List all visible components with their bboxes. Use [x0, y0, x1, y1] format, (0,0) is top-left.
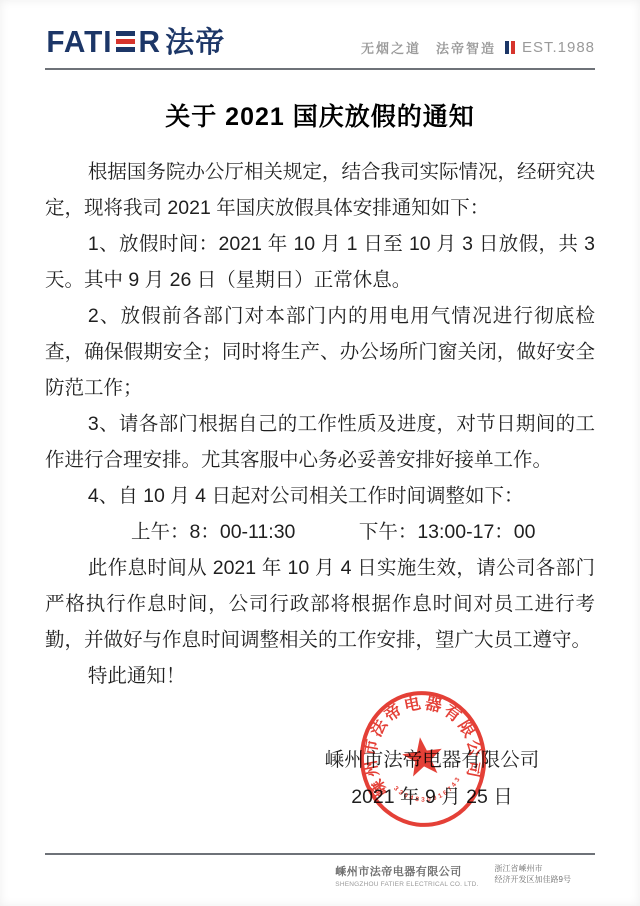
paragraph-item-3: 3、请各部门根据自己的工作性质及进度，对节日期间的工作进行合理安排。尤其客服中心…	[45, 406, 595, 478]
logo-chinese-name: 法帝	[165, 20, 225, 61]
paragraph-intro: 根据国务院办公厅相关规定，结合我司实际情况，经研究决定，现将我司 2021 年国…	[45, 154, 595, 226]
seal-graphic: 嵊州市法帝电器有限公司 3304830016743	[349, 680, 497, 839]
closing-line: 特此通知！	[45, 658, 595, 694]
seal-serial-number: 3304830016743	[391, 776, 464, 809]
letterhead: FATI R 法帝 无烟之道 法帝智造 EST.1988	[45, 20, 595, 61]
seal-star-icon	[400, 734, 445, 777]
paragraph-item-4: 4、自 10 月 4 日起对公司相关工作时间调整如下：	[45, 478, 595, 514]
logo-latin-part1: FATI	[46, 24, 112, 60]
notice-page: FATI R 法帝 无烟之道 法帝智造 EST.1988 关于 2021 国庆放…	[0, 0, 640, 906]
footer-address-line2: 经济开发区加佳路9号	[495, 874, 571, 885]
page-footer: 嵊州市法帝电器有限公司 SHENGZHOU FATIER ELECTRICAL …	[45, 853, 595, 906]
schedule-morning: 上午：8：00-11:30	[131, 521, 295, 543]
logo-letter-e-icon	[116, 31, 135, 52]
work-schedule: 上午：8：00-11:30 下午：13:00-17：00	[45, 514, 595, 550]
company-seal: 嵊州市法帝电器有限公司 3304830016743	[349, 680, 497, 839]
footer-company: 嵊州市法帝电器有限公司 SHENGZHOU FATIER ELECTRICAL …	[335, 863, 478, 888]
flag-icon	[505, 41, 515, 54]
footer-company-en: SHENGZHOU FATIER ELECTRICAL CO. LTD.	[335, 881, 478, 888]
footer-content: 嵊州市法帝电器有限公司 SHENGZHOU FATIER ELECTRICAL …	[45, 863, 595, 888]
footer-address: 浙江省嵊州市 经济开发区加佳路9号	[495, 863, 571, 885]
paragraph-item-1: 1、放假时间：2021 年 10 月 1 日至 10 月 3 日放假，共 3 天…	[45, 226, 595, 298]
notice-title: 关于 2021 国庆放假的通知	[0, 97, 640, 133]
schedule-afternoon: 下午：13:00-17：00	[359, 521, 536, 543]
established-year: EST.1988	[522, 39, 595, 56]
logo-latin-part2: R	[138, 24, 160, 60]
footer-address-line1: 浙江省嵊州市	[495, 863, 571, 874]
footer-company-cn: 嵊州市法帝电器有限公司	[335, 863, 478, 879]
paragraph-item-2: 2、放假前各部门对本部门内的用电用气情况进行彻底检查，确保假期安全；同时将生产、…	[45, 298, 595, 406]
paragraph-effective: 此作息时间从 2021 年 10 月 4 日实施生效，请公司各部门严格执行作息时…	[45, 550, 595, 658]
notice-body: 根据国务院办公厅相关规定，结合我司实际情况，经研究决定，现将我司 2021 年国…	[45, 154, 595, 694]
header-tagline: 无烟之道 法帝智造 EST.1988	[361, 38, 595, 61]
brand-slogan: 无烟之道 法帝智造	[361, 38, 496, 57]
company-logo: FATI R 法帝	[45, 20, 225, 61]
header-divider	[45, 68, 595, 70]
